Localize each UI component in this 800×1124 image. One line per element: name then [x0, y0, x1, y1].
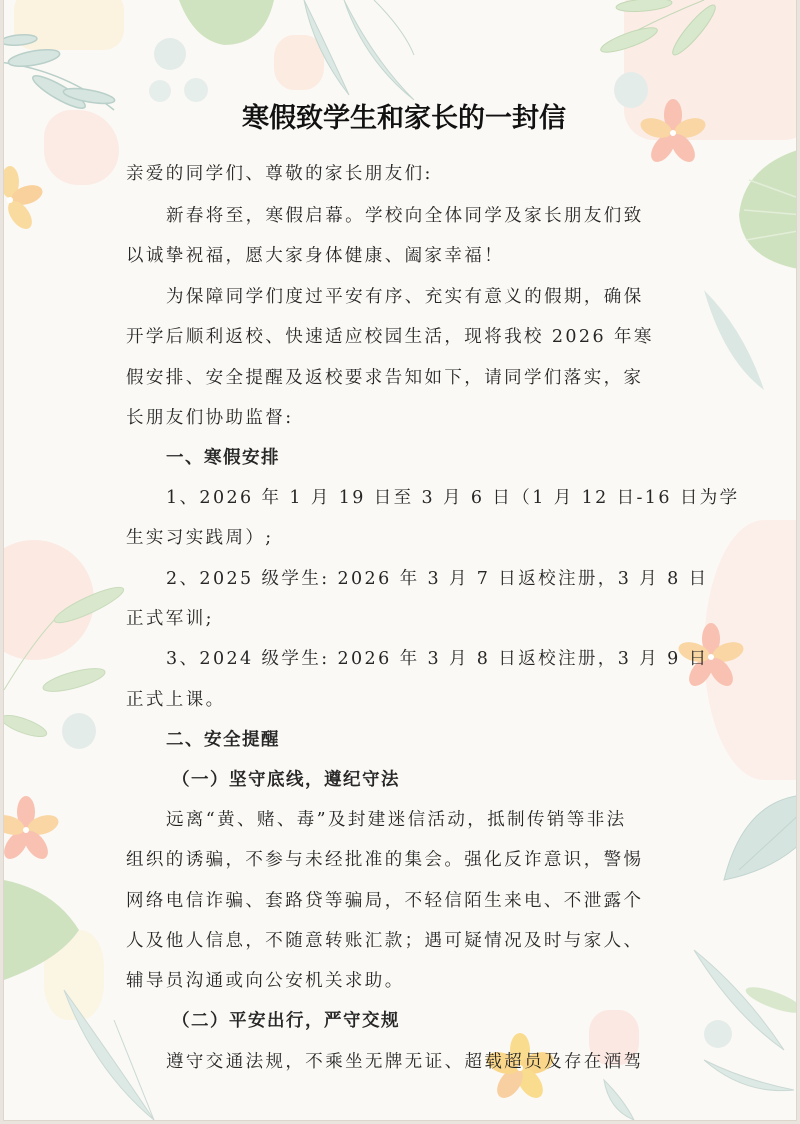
flower-icon	[4, 796, 61, 863]
leaf-icon	[4, 582, 127, 741]
pink-blob	[704, 520, 796, 780]
list-item-continuation: 正式上课。	[126, 686, 226, 711]
monstera-leaf-icon	[4, 880, 79, 980]
paragraph-line: 长朋友们协助监督:	[126, 404, 294, 429]
subsection-heading: （一）坚守底线，遵纪守法	[172, 766, 400, 791]
leaf-icon	[304, 0, 414, 100]
page-title: 寒假致学生和家长的一封信	[126, 96, 682, 135]
salutation: 亲爱的同学们、尊敬的家长朋友们:	[126, 160, 433, 185]
pink-blob	[44, 110, 119, 185]
flower-icon	[4, 166, 45, 233]
teal-dot	[154, 38, 186, 70]
teal-dot	[704, 1020, 732, 1048]
section-heading: 二、安全提醒	[166, 726, 280, 751]
pink-blob	[4, 540, 94, 660]
paragraph-line: 为保障同学们度过平安有序、充实有意义的假期，确保	[166, 283, 644, 308]
paragraph-line: 远离“黄、赌、毒”及封建迷信活动，抵制传销等非法	[166, 806, 627, 831]
paragraph-line: 以诚挚祝福，愿大家身体健康、阖家幸福！	[126, 242, 504, 267]
list-item: 3、2024 级学生: 2026 年 3 月 8 日返校注册，3 月 9 日	[166, 645, 708, 670]
monstera-leaf-icon	[724, 795, 796, 880]
yellow-blob	[44, 930, 104, 1020]
paragraph-line: 遵守交通法规，不乘坐无牌无证、超载超员及存在酒驾	[166, 1048, 644, 1073]
paragraph-line: 网络电信诈骗、套路贷等骗局，不轻信陌生来电、不泄露个	[126, 887, 643, 912]
paragraph-line: 开学后顺利返校、快速适应校园生活，现将我校 2026 年寒	[126, 323, 654, 348]
paragraph-line: 人及他人信息，不随意转账汇款；遇可疑情况及时与家人、	[126, 927, 643, 952]
paragraph-line: 组织的诱骗，不参与未经批准的集会。强化反诈意识，警惕	[126, 846, 643, 871]
list-item: 1、2026 年 1 月 19 日至 3 月 6 日（1 月 12 日-16 日…	[166, 484, 740, 509]
yellow-blob	[14, 0, 124, 50]
teal-dot	[62, 713, 96, 749]
paragraph-line: 辅导员沟通或向公安机关求助。	[126, 967, 405, 992]
paragraph-line: 新春将至，寒假启幕。学校向全体同学及家长朋友们致	[166, 202, 644, 227]
monstera-leaf-icon	[179, 0, 274, 45]
paragraph-line: 假安排、安全提醒及返校要求告知如下，请同学们落实，家	[126, 364, 643, 389]
list-item-continuation: 正式军训;	[126, 605, 214, 630]
subsection-heading: （二）平安出行，严守交规	[172, 1007, 400, 1032]
document-page: 寒假致学生和家长的一封信 亲爱的同学们、尊敬的家长朋友们: 新春将至，寒假启幕。…	[4, 0, 796, 1120]
section-heading: 一、寒假安排	[166, 444, 280, 469]
leaf-icon	[4, 33, 116, 113]
monstera-leaf-icon	[739, 148, 796, 270]
list-item: 2、2025 级学生: 2026 年 3 月 7 日返校注册，3 月 8 日	[166, 565, 708, 590]
leaf-icon	[598, 0, 720, 59]
leaf-icon	[704, 290, 764, 390]
peach-blob	[274, 35, 324, 90]
leaf-icon	[743, 982, 796, 1018]
list-item-continuation: 生实习实践周）;	[126, 524, 274, 549]
